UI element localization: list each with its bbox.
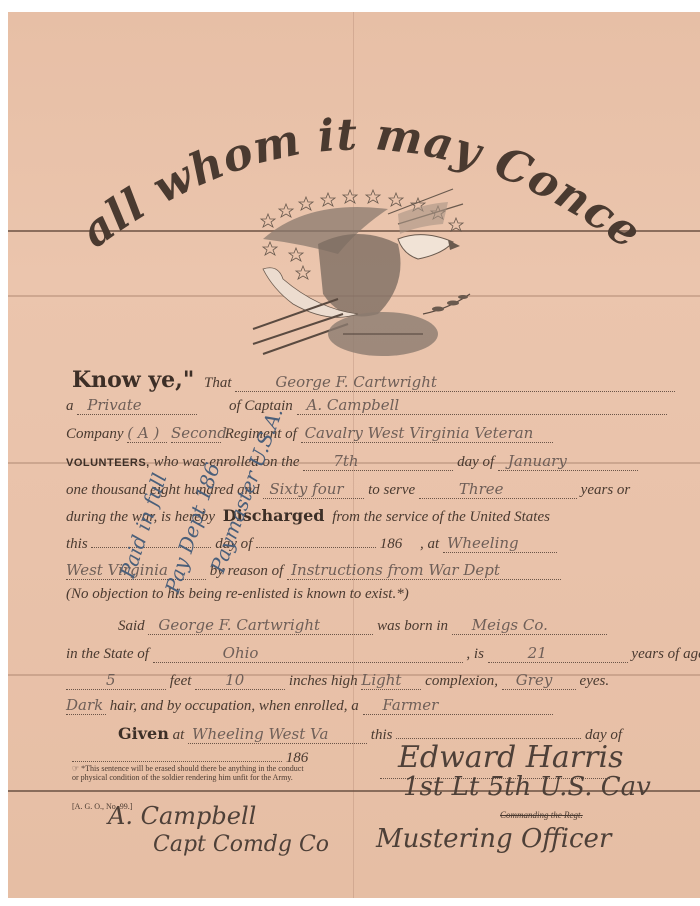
- no-objection-line: (No objection to his being re-enlisted i…: [66, 586, 640, 610]
- that-label: That: [204, 375, 232, 391]
- signature-captain: A. Campbell: [108, 802, 256, 830]
- signature-officer-rank: 1st Lt 5th U.S. Cav: [403, 772, 651, 802]
- age-value: 21: [488, 644, 628, 663]
- volunteers-label: VOLUNTEERS,: [66, 457, 150, 469]
- hair-occupation-line: Dark hair, and by occupation, when enrol…: [66, 696, 640, 720]
- know-ye-line: Know ye," That George F. Cartwright: [72, 367, 640, 391]
- to-serve-label: to serve: [368, 482, 415, 498]
- know-ye-label: Know ye,": [72, 367, 194, 393]
- is-label: , is: [466, 646, 484, 662]
- at-label: , at: [420, 536, 439, 552]
- day-of-label: day of: [457, 454, 494, 470]
- said-name: George F. Cartwright: [148, 616, 373, 635]
- hair-label: hair, and by occupation, when enrolled, …: [110, 698, 359, 714]
- years-of-age-label: years of age.: [631, 646, 700, 662]
- signature-captain-title: Capt Comdg Co: [153, 832, 329, 857]
- signature-officer-title: Mustering Officer: [376, 824, 611, 854]
- said-label: Said: [118, 618, 145, 634]
- born-in-label: was born in: [377, 618, 448, 634]
- given-place: Wheeling West Va: [188, 725, 367, 744]
- complexion-value: Light: [361, 671, 421, 690]
- given-day: [396, 738, 581, 739]
- discharge-place-1: Wheeling: [443, 534, 557, 553]
- signature-mustering-officer: Edward Harris: [398, 740, 623, 775]
- given-year-blank: [72, 761, 282, 762]
- given-this-label: this: [371, 727, 393, 743]
- company-line: Company ( A ) Second Regiment of Cavalry…: [66, 424, 640, 448]
- eagle-emblem-icon: [248, 184, 478, 364]
- given-at-label: at: [173, 727, 185, 743]
- occupation-value: Farmer: [363, 696, 553, 715]
- discharge-reason: Instructions from War Dept: [287, 561, 561, 580]
- discharge-month: [256, 547, 376, 548]
- from-service-label: from the service of the United States: [332, 509, 550, 525]
- birth-county: Meigs Co.: [452, 616, 607, 635]
- enrolled-text: who was enrolled on the: [153, 454, 299, 470]
- years-or-label: years or: [581, 482, 631, 498]
- regiment-name: Cavalry West Virginia Veteran: [301, 424, 553, 443]
- reason-line: West Virginia by reason of Instructions …: [66, 561, 640, 585]
- a-label: a: [66, 398, 74, 414]
- term-of-service: Three: [419, 480, 577, 499]
- hair-value: Dark: [66, 696, 106, 715]
- inches-label: inches high: [289, 673, 358, 689]
- regiment-number: Second: [171, 424, 221, 443]
- commanding-label: Commanding the Regt.: [500, 810, 583, 820]
- no-objection-text: (No objection to his being re-enlisted i…: [66, 586, 409, 602]
- birth-state: Ohio: [153, 644, 463, 663]
- birth-line: Said George F. Cartwright was born in Me…: [118, 616, 640, 640]
- year-186-label: 186: [380, 536, 403, 552]
- enrolled-year: Sixty four: [263, 480, 364, 499]
- company-label: Company: [66, 426, 124, 442]
- eyes-label: eyes.: [580, 673, 610, 689]
- state-label: in the State of: [66, 646, 149, 662]
- height-inches: 10: [195, 671, 285, 690]
- height-feet: 5: [66, 671, 166, 690]
- captain-name: A. Campbell: [297, 396, 667, 415]
- state-line: in the State of Ohio , is 21 years of ag…: [66, 644, 640, 668]
- this-label: this: [66, 536, 88, 552]
- enrolled-day: 7th: [303, 452, 453, 471]
- given-label: Given: [118, 724, 169, 743]
- rank-line: a Private of Captain A. Campbell: [66, 396, 640, 420]
- discharge-certificate: To all whom it may Concern.: [8, 12, 700, 898]
- soldier-name: George F. Cartwright: [235, 373, 675, 392]
- complexion-label: complexion,: [425, 673, 498, 689]
- company-value: ( A ): [127, 424, 167, 443]
- soldier-rank: Private: [77, 396, 197, 415]
- footnote: ☞ *This sentence will be erased should t…: [72, 764, 312, 782]
- description-line: 5 feet 10 inches high Light complexion, …: [66, 671, 640, 695]
- enrolled-month: January: [498, 452, 638, 471]
- eyes-value: Grey: [502, 671, 576, 690]
- feet-label: feet: [170, 673, 192, 689]
